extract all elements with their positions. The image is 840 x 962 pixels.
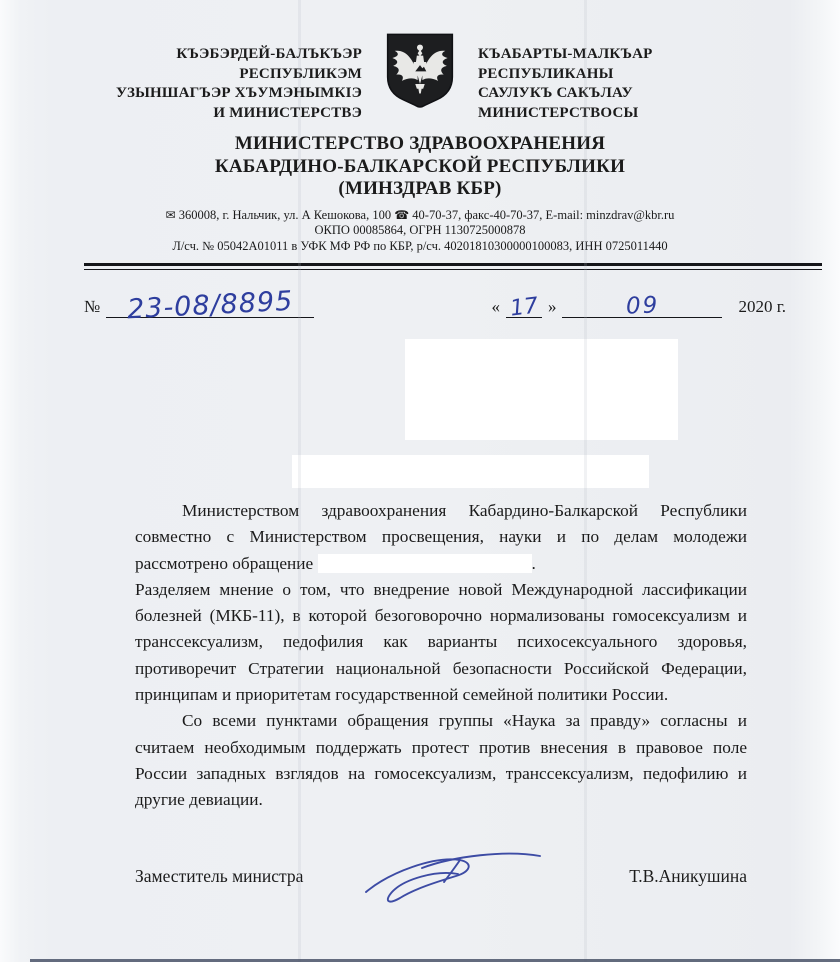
reference-number: № 23-08/8895 bbox=[84, 291, 314, 318]
phone-text: 40-70-37, факс-40-70-37, E-mail: minzdra… bbox=[412, 208, 674, 222]
coat-of-arms-icon bbox=[378, 32, 462, 114]
envelope-icon: ✉ bbox=[166, 208, 176, 222]
day-underline: 17 bbox=[506, 296, 542, 318]
year-label: 2020 г. bbox=[738, 297, 786, 318]
addressee-area bbox=[0, 326, 840, 498]
double-rule-divider bbox=[84, 263, 822, 270]
month-handwritten: 09 bbox=[625, 295, 659, 317]
contact-line-account: Л/сч. № 05042А01011 в УФК МФ РФ по КБР, … bbox=[0, 239, 840, 255]
number-underline: 23-08/8895 bbox=[106, 291, 314, 318]
letter-body: Министерством здравоохранения Кабардино-… bbox=[135, 498, 747, 814]
org-left-line: КЪЭБЭРДЕЙ-БАЛЪКЪЭР РЕСПУБЛИКЭМ bbox=[80, 45, 362, 84]
org-left-line: УЗЫНШАГЪЭР ХЪУМЭНЫМКIЭ bbox=[80, 84, 362, 104]
signature-row: Заместитель министра Т.В.Аникушина bbox=[135, 848, 747, 906]
signatory-title: Заместитель министра bbox=[135, 866, 303, 887]
reference-date: « 17 » 09 2020 г. bbox=[491, 295, 786, 318]
scanned-letter-page: КЪЭБЭРДЕЙ-БАЛЪКЪЭР РЕСПУБЛИКЭМ УЗЫНШАГЪЭ… bbox=[0, 0, 840, 962]
day-handwritten: 17 bbox=[509, 296, 539, 319]
address-text: 360008, г. Нальчик, ул. А Кешокова, 100 bbox=[179, 208, 391, 222]
signature-stroke bbox=[356, 848, 546, 906]
ministry-title-line: КАБАРДИНО-БАЛКАРСКОЙ РЕСПУБЛИКИ bbox=[0, 156, 840, 179]
number-label: № bbox=[84, 297, 100, 318]
phone-icon: ☎ bbox=[394, 208, 409, 222]
ministry-title-line: (МИНЗДРАВ КБР) bbox=[0, 178, 840, 201]
quote-open: « bbox=[491, 297, 500, 318]
paragraph-1-period: . bbox=[532, 554, 536, 573]
contact-block: ✉ 360008, г. Нальчик, ул. А Кешокова, 10… bbox=[0, 208, 840, 255]
reference-row: № 23-08/8895 « 17 » 09 2020 г. bbox=[84, 280, 786, 318]
contact-line-registry: ОКПО 00085864, ОГРН 1130725000878 bbox=[0, 223, 840, 239]
ministry-title-line: МИНИСТЕРСТВО ЗДРАВООХРАНЕНИЯ bbox=[0, 133, 840, 156]
redaction-block bbox=[292, 455, 649, 488]
redaction-inline bbox=[318, 554, 532, 573]
signatory-name: Т.В.Аникушина bbox=[629, 866, 747, 887]
paragraph-1: Министерством здравоохранения Кабардино-… bbox=[135, 498, 747, 577]
month-underline: 09 bbox=[562, 295, 722, 318]
org-right-line: САУЛУКЪ САКЪЛАУ bbox=[478, 84, 760, 104]
quote-close: » bbox=[548, 297, 557, 318]
org-left-line: И МИНИСТЕРСТВЭ bbox=[80, 104, 362, 124]
org-name-kabardian: КЪЭБЭРДЕЙ-БАЛЪКЪЭР РЕСПУБЛИКЭМ УЗЫНШАГЪЭ… bbox=[80, 32, 362, 123]
org-right-line: МИНИСТЕРСТВОСЫ bbox=[478, 104, 760, 124]
paragraph-3: Со всеми пунктами обращения группы «Наук… bbox=[135, 708, 747, 813]
redaction-block bbox=[405, 339, 678, 440]
letterhead: КЪЭБЭРДЕЙ-БАЛЪКЪЭР РЕСПУБЛИКЭМ УЗЫНШАГЪЭ… bbox=[0, 0, 840, 123]
org-right-line: КЪАБАРТЫ-МАЛКЪАР РЕСПУБЛИКАНЫ bbox=[478, 45, 760, 84]
org-name-balkar: КЪАБАРТЫ-МАЛКЪАР РЕСПУБЛИКАНЫ САУЛУКЪ СА… bbox=[478, 32, 760, 123]
paragraph-2: Разделяем мнение о том, что внедрение но… bbox=[135, 577, 747, 708]
number-handwritten: 23-08/8895 bbox=[127, 289, 294, 324]
contact-line-address: ✉ 360008, г. Нальчик, ул. А Кешокова, 10… bbox=[0, 208, 840, 224]
ministry-title: МИНИСТЕРСТВО ЗДРАВООХРАНЕНИЯ КАБАРДИНО-Б… bbox=[0, 133, 840, 201]
